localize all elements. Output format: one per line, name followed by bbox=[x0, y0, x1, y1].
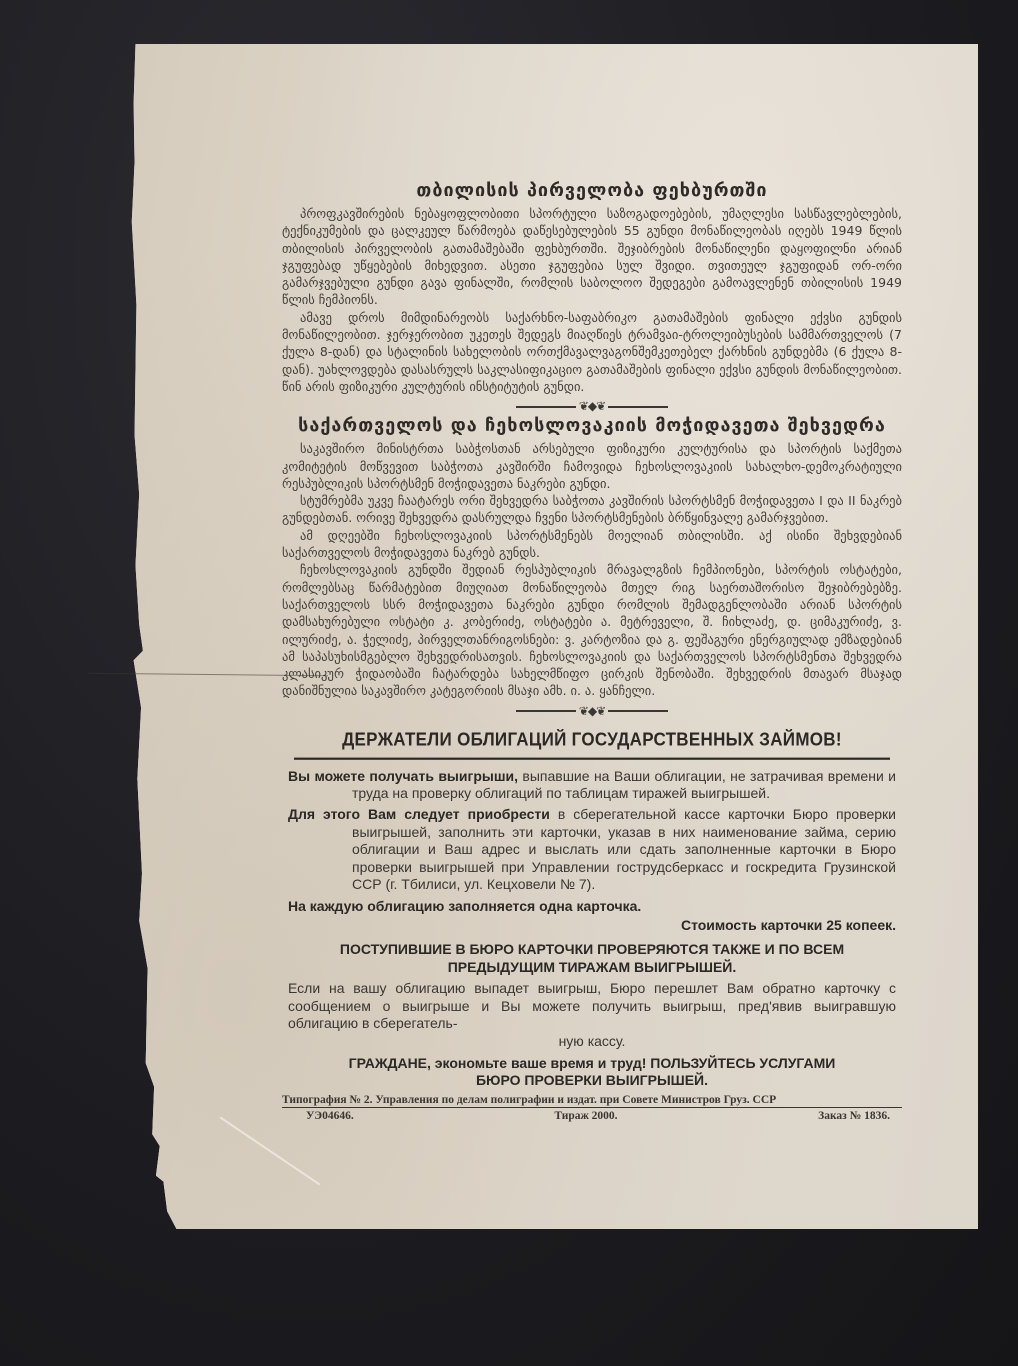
printer-name: Типография № 2. Управления по делам поли… bbox=[282, 1094, 776, 1106]
section-bond-holders: ДЕРЖАТЕЛИ ОБЛИГАЦИЙ ГОСУДАРСТВЕННЫХ ЗАЙМ… bbox=[282, 722, 902, 1090]
ornament-glyph: ❦◆❦ bbox=[579, 704, 605, 718]
ornament-glyph: ❦◆❦ bbox=[579, 399, 605, 413]
bond-notice-body: Вы можете получать выигрыши, выпавшие на… bbox=[288, 768, 896, 1090]
verification-notice: ПОСТУПИВШИЕ В БЮРО КАРТОЧКИ ПРОВЕРЯЮТСЯ … bbox=[288, 941, 896, 976]
section-title: ДЕРЖАТЕЛИ ОБЛИГАЦИЙ ГОСУДАРСТВЕННЫХ ЗАЙМ… bbox=[294, 720, 890, 760]
ornament-divider: ❦◆❦ bbox=[282, 399, 902, 413]
paragraph: სტუმრებმა უკვე ჩაატარეს ორი შეხვედრა საბ… bbox=[282, 492, 902, 527]
closing-appeal: ГРАЖДАНЕ, экономьте ваше время и труд! П… bbox=[288, 1055, 896, 1090]
paragraph: პროფკავშირების ნებაყოფლობითი სპორტული სა… bbox=[282, 205, 902, 309]
one-card-note: На каждую облигацию заполняется одна кар… bbox=[288, 898, 896, 916]
censor-code: УЭ04646. bbox=[306, 1110, 354, 1122]
paragraph: ჩეხოსლოვაკიის გუნდში შედიან რესპუბლიკის … bbox=[282, 561, 902, 699]
ornament-divider: ❦◆❦ bbox=[282, 704, 902, 718]
document-content: თბილისის პირველობა ფეხბურთში პროფკავშირე… bbox=[282, 170, 902, 1122]
card-price: Стоимость карточки 25 копеек. bbox=[288, 917, 896, 935]
section-title: თბილისის პირველობა ფეხბურთში bbox=[282, 180, 902, 201]
body-text: Если на вашу облигацию выпадет выигрыш, … bbox=[288, 980, 896, 1031]
paragraph: Для этого Вам следует приобрести в сбере… bbox=[288, 806, 896, 894]
lead-text: Для этого Вам следует приобрести bbox=[288, 806, 550, 822]
divider-bar bbox=[608, 710, 668, 712]
paragraph: ამავე დროს მიმდინარეობს საქარხნო-საფაბრი… bbox=[282, 309, 902, 395]
closing-line: ГРАЖДАНЕ, экономьте ваше время и труд! П… bbox=[349, 1055, 836, 1071]
divider-bar bbox=[516, 406, 576, 408]
paragraph: ამ დღეებში ჩეხოსლოვაკიის სპორტსმენებს მო… bbox=[282, 527, 902, 562]
lead-text: Вы можете получать выигрыши, bbox=[288, 768, 518, 784]
section-title: საქართველოს და ჩეხოსლოვაკიის მოჭიდავეთა … bbox=[282, 415, 902, 436]
printer-line: Типография № 2. Управления по делам поли… bbox=[282, 1094, 902, 1108]
paragraph: საკავშირო მინისტრთა საბჭოსთან არსებული ფ… bbox=[282, 440, 902, 492]
section-tbilisi-football: თბილისის პირველობა ფეხბურთში პროფკავშირე… bbox=[282, 180, 902, 395]
paragraph: Если на вашу облигацию выпадет выигрыш, … bbox=[288, 980, 896, 1050]
section-wrestling-meet: საქართველოს და ჩეხოსლოვაკიის მოჭიდავეთა … bbox=[282, 415, 902, 699]
paragraph: Вы можете получать выигрыши, выпавшие на… bbox=[288, 768, 896, 803]
order-number: Заказ № 1836. bbox=[818, 1110, 890, 1122]
divider-bar bbox=[516, 710, 576, 712]
print-run: Тираж 2000. bbox=[554, 1110, 617, 1122]
closing-line: БЮРО ПРОВЕРКИ ВЫИГРЫШЕЙ. bbox=[476, 1072, 708, 1088]
print-details: УЭ04646. Тираж 2000. Заказ № 1836. bbox=[282, 1108, 902, 1122]
divider-bar bbox=[608, 406, 668, 408]
printer-imprint: Типография № 2. Управления по делам поли… bbox=[282, 1094, 902, 1122]
body-text-end: ную кассу. bbox=[288, 1033, 896, 1051]
